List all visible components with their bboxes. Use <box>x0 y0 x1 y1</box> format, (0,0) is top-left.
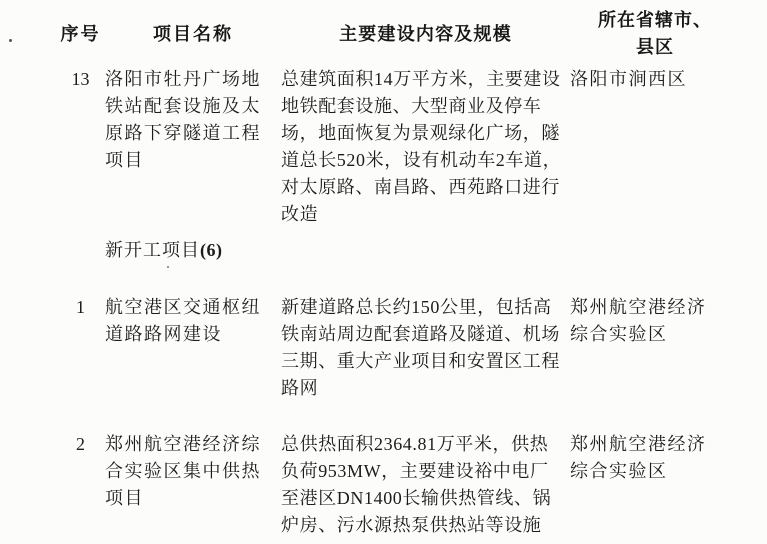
project-content-cell: 新建道路总长约150公里，包括高 铁南站周边配套道路及隧道、机场 三期、重大产业… <box>281 294 570 402</box>
column-header-content: 主要建设内容及规模 <box>281 21 570 48</box>
scan-artifact-dot <box>9 39 12 42</box>
section-heading-title: 新开工项目 <box>105 240 200 260</box>
table-row: 1 航空港区交通枢纽 道路路网建设 新建道路总长约150公里，包括高 铁南站周边… <box>56 294 760 402</box>
column-header-project-name: 项目名称 <box>105 21 281 48</box>
table-row: 13 洛阳市牡丹广场地 铁站配套设施及太 原路下穿隧道工程 项目 总建筑面积14… <box>56 66 760 228</box>
project-name-cell: 郑州航空港经济综 合实验区集中供热 项目 <box>105 431 281 539</box>
project-content-cell: 总建筑面积14万平方米，主要建设 地铁配套设施、大型商业及停车 场，地面恢复为景… <box>281 66 570 228</box>
table-row: 2 郑州航空港经济综 合实验区集中供热 项目 总供热面积2364.81万平米，供… <box>56 431 760 539</box>
section-heading: 新开工项目(6) <box>105 237 760 264</box>
section-heading-count: (6) <box>200 240 223 260</box>
document-page: 序号 项目名称 主要建设内容及规模 所在省辖市、 县区 13 洛阳市牡丹广场地 … <box>0 0 767 544</box>
section-heading-spacer <box>56 237 105 264</box>
scan-artifact-dot <box>167 266 169 268</box>
project-name-cell: 洛阳市牡丹广场地 铁站配套设施及太 原路下穿隧道工程 项目 <box>105 66 281 228</box>
project-region-cell: 郑州航空港经济 综合实验区 <box>570 431 760 539</box>
row-index-cell: 2 <box>56 431 105 539</box>
project-content-cell: 总供热面积2364.81万平米，供热 负荷953MW，主要建设裕中电厂 至港区D… <box>281 431 570 539</box>
column-header-region: 所在省辖市、 县区 <box>570 7 760 61</box>
project-name-cell: 航空港区交通枢纽 道路路网建设 <box>105 294 281 402</box>
row-index-cell: 13 <box>56 66 105 228</box>
table-header-row: 序号 项目名称 主要建设内容及规模 所在省辖市、 县区 <box>56 6 760 62</box>
row-index-cell: 1 <box>56 294 105 402</box>
project-region-cell: 郑州航空港经济 综合实验区 <box>570 294 760 402</box>
column-header-index: 序号 <box>56 21 105 48</box>
project-region-cell: 洛阳市涧西区 <box>570 66 760 228</box>
section-heading-row: 新开工项目(6) <box>56 237 760 264</box>
